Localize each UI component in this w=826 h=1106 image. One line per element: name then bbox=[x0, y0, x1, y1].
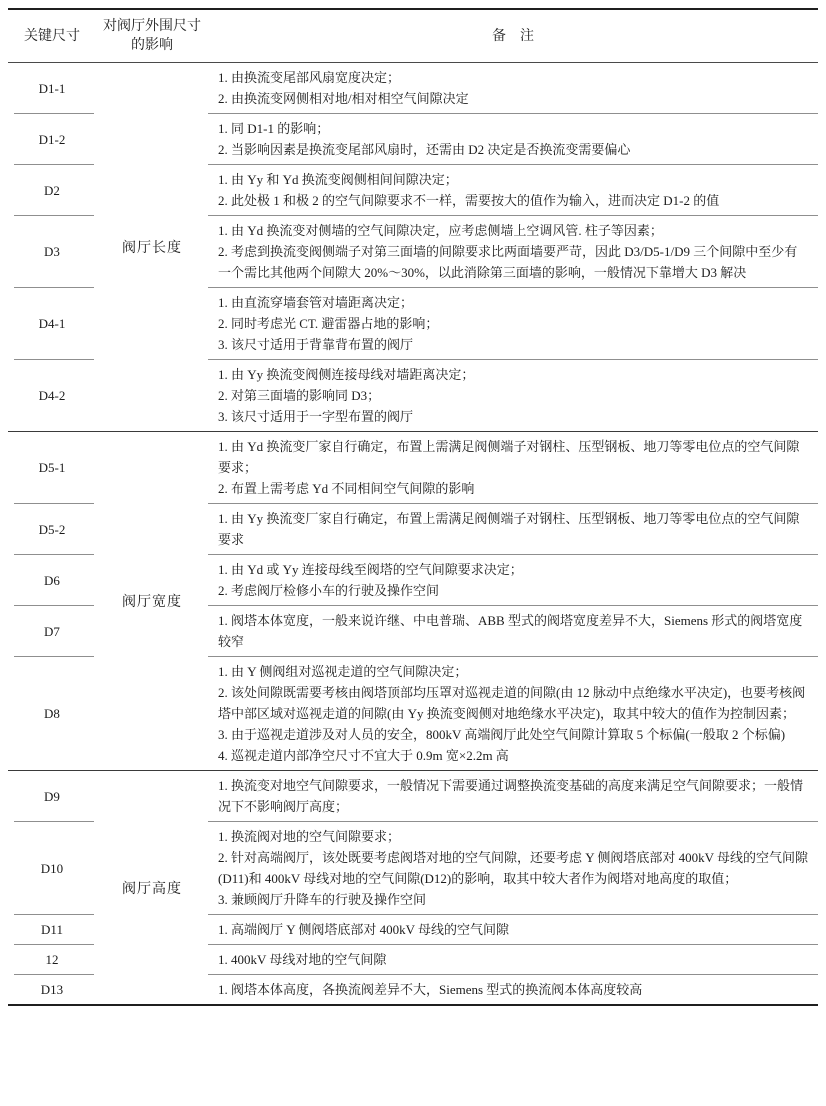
key-dimensions-table: 关键尺寸 对阀厅外围尺寸 的影响 备 注 阀厅长度 D1-1 1. 由换流变尾部… bbox=[8, 8, 818, 1006]
note-line: 1. 由 Yy 换流变厂家自行确定，布置上需满足阀侧端子对钢柱、压型钢板、地刀等… bbox=[218, 508, 810, 550]
note-line: 2. 当影响因素是换流变尾部风扇时，还需由 D2 决定是否换流变需要偏心 bbox=[218, 139, 810, 160]
notes-cell: 1. 换流阀对地的空气间隙要求； 2. 针对高端阀厅，该处既要考虑阀塔对地的空气… bbox=[208, 822, 818, 915]
note-line: 2. 针对高端阀厅，该处既要考虑阀塔对地的空气间隙，还要考虑 Y 侧阀塔底部对 … bbox=[218, 847, 810, 889]
key-cell: D7 bbox=[8, 606, 96, 657]
note-line: 1. 由 Yd 换流变厂家自行确定，布置上需满足阀侧端子对钢柱、压型钢板、地刀等… bbox=[218, 436, 810, 478]
note-line: 3. 由于巡视走道涉及对人员的安全，800kV 高端阀厅此处空气间隙计算取 5 … bbox=[218, 724, 810, 745]
header-impact: 对阀厅外围尺寸 的影响 bbox=[96, 17, 208, 55]
notes-cell: 1. 由直流穿墙套管对墙距离决定； 2. 同时考虑光 CT. 避雷器占地的影响；… bbox=[208, 288, 818, 360]
note-line: 1. 换流变对地空气间隙要求，一般情况下需要通过调整换流变基础的高度来满足空气间… bbox=[218, 775, 810, 817]
note-line: 3. 该尺寸适用于一字型布置的阀厅 bbox=[218, 406, 810, 427]
note-line: 1. 同 D1-1 的影响； bbox=[218, 118, 810, 139]
note-line: 1. 由换流变尾部风扇宽度决定； bbox=[218, 67, 810, 88]
group-hall-height: 阀厅高度 D9 1. 换流变对地空气间隙要求，一般情况下需要通过调整换流变基础的… bbox=[8, 771, 818, 1004]
key-cell: D1-1 bbox=[8, 63, 96, 114]
note-line: 2. 由换流变网侧相对地/相对相空气间隙决定 bbox=[218, 88, 810, 109]
key-cell: D1-2 bbox=[8, 114, 96, 165]
impact-label: 阀厅高度 bbox=[96, 771, 208, 1004]
note-line: 2. 布置上需考虑 Yd 不同相间空气间隙的影响 bbox=[218, 478, 810, 499]
note-line: 1. 由 Yd 换流变对侧墙的空气间隙决定，应考虑侧墙上空调风管. 柱子等因素； bbox=[218, 220, 810, 241]
notes-cell: 1. 同 D1-1 的影响； 2. 当影响因素是换流变尾部风扇时，还需由 D2 … bbox=[208, 114, 818, 165]
key-cell: D6 bbox=[8, 555, 96, 606]
note-line: 4. 巡视走道内部净空尺寸不宜大于 0.9m 宽×2.2m 高 bbox=[218, 745, 810, 766]
notes-cell: 1. 由 Y 侧阀组对巡视走道的空气间隙决定； 2. 该处间隙既需要考核由阀塔顶… bbox=[208, 657, 818, 770]
note-line: 2. 对第三面墙的影响同 D3； bbox=[218, 385, 810, 406]
impact-label: 阀厅长度 bbox=[96, 63, 208, 431]
note-line: 1. 由直流穿墙套管对墙距离决定； bbox=[218, 292, 810, 313]
key-cell: D4-1 bbox=[8, 288, 96, 360]
key-cell: D5-1 bbox=[8, 432, 96, 504]
notes-cell: 1. 由 Yy 和 Yd 换流变阀侧相间间隙决定； 2. 此处极 1 和极 2 … bbox=[208, 165, 818, 216]
note-line: 2. 考虑到换流变阀侧端子对第三面墙的间隙要求比两面墙要严苛，因此 D3/D5-… bbox=[218, 241, 810, 283]
header-key-dimension: 关键尺寸 bbox=[8, 27, 96, 46]
key-cell: D3 bbox=[8, 216, 96, 288]
notes-cell: 1. 由换流变尾部风扇宽度决定； 2. 由换流变网侧相对地/相对相空气间隙决定 bbox=[208, 63, 818, 114]
group-hall-width: 阀厅宽度 D5-1 1. 由 Yd 换流变厂家自行确定，布置上需满足阀侧端子对钢… bbox=[8, 432, 818, 771]
note-line: 3. 该尺寸适用于背靠背布置的阀厅 bbox=[218, 334, 810, 355]
note-line: 1. 由 Yy 换流变阀侧连接母线对墙距离决定； bbox=[218, 364, 810, 385]
key-cell: D9 bbox=[8, 771, 96, 822]
notes-cell: 1. 由 Yy 换流变厂家自行确定，布置上需满足阀侧端子对钢柱、压型钢板、地刀等… bbox=[208, 504, 818, 555]
header-impact-line2: 的影响 bbox=[96, 36, 208, 55]
key-cell: D8 bbox=[8, 657, 96, 770]
notes-cell: 1. 换流变对地空气间隙要求，一般情况下需要通过调整换流变基础的高度来满足空气间… bbox=[208, 771, 818, 822]
notes-cell: 1. 由 Yy 换流变阀侧连接母线对墙距离决定； 2. 对第三面墙的影响同 D3… bbox=[208, 360, 818, 431]
notes-cell: 1. 400kV 母线对地的空气间隙 bbox=[208, 945, 818, 975]
note-line: 2. 考虑阀厅检修小车的行驶及操作空间 bbox=[218, 580, 810, 601]
note-line: 2. 该处间隙既需要考核由阀塔顶部均压罩对巡视走道的间隙(由 12 脉动中点绝缘… bbox=[218, 682, 810, 724]
note-line: 1. 400kV 母线对地的空气间隙 bbox=[218, 949, 810, 970]
key-cell: D4-2 bbox=[8, 360, 96, 431]
notes-cell: 1. 阀塔本体高度，各换流阀差异不大，Siemens 型式的换流阀本体高度较高 bbox=[208, 975, 818, 1004]
notes-cell: 1. 由 Yd 换流变对侧墙的空气间隙决定，应考虑侧墙上空调风管. 柱子等因素；… bbox=[208, 216, 818, 288]
notes-cell: 1. 由 Yd 或 Yy 连接母线至阀塔的空气间隙要求决定； 2. 考虑阀厅检修… bbox=[208, 555, 818, 606]
key-cell: 12 bbox=[8, 945, 96, 975]
key-cell: D2 bbox=[8, 165, 96, 216]
note-line: 1. 阀塔本体宽度，一般来说许继、中电普瑞、ABB 型式的阀塔宽度差异不大，Si… bbox=[218, 610, 810, 652]
note-line: 1. 换流阀对地的空气间隙要求； bbox=[218, 826, 810, 847]
key-cell: D10 bbox=[8, 822, 96, 915]
impact-label: 阀厅宽度 bbox=[96, 432, 208, 770]
note-line: 1. 由 Yy 和 Yd 换流变阀侧相间间隙决定； bbox=[218, 169, 810, 190]
note-line: 2. 此处极 1 和极 2 的空气间隙要求不一样，需要按大的值作为输入，进而决定… bbox=[218, 190, 810, 211]
note-line: 1. 由 Y 侧阀组对巡视走道的空气间隙决定； bbox=[218, 661, 810, 682]
key-cell: D5-2 bbox=[8, 504, 96, 555]
key-cell: D13 bbox=[8, 975, 96, 1004]
note-line: 3. 兼顾阀厅升降车的行驶及操作空间 bbox=[218, 889, 810, 910]
header-impact-line1: 对阀厅外围尺寸 bbox=[96, 17, 208, 36]
note-line: 1. 阀塔本体高度，各换流阀差异不大，Siemens 型式的换流阀本体高度较高 bbox=[218, 979, 810, 1000]
table-header-row: 关键尺寸 对阀厅外围尺寸 的影响 备 注 bbox=[8, 10, 818, 63]
note-line: 1. 高端阀厅 Y 侧阀塔底部对 400kV 母线的空气间隙 bbox=[218, 919, 810, 940]
group-hall-length: 阀厅长度 D1-1 1. 由换流变尾部风扇宽度决定； 2. 由换流变网侧相对地/… bbox=[8, 63, 818, 432]
note-line: 1. 由 Yd 或 Yy 连接母线至阀塔的空气间隙要求决定； bbox=[218, 559, 810, 580]
notes-cell: 1. 阀塔本体宽度，一般来说许继、中电普瑞、ABB 型式的阀塔宽度差异不大，Si… bbox=[208, 606, 818, 657]
notes-cell: 1. 高端阀厅 Y 侧阀塔底部对 400kV 母线的空气间隙 bbox=[208, 915, 818, 945]
notes-cell: 1. 由 Yd 换流变厂家自行确定，布置上需满足阀侧端子对钢柱、压型钢板、地刀等… bbox=[208, 432, 818, 504]
header-notes: 备 注 bbox=[208, 27, 818, 46]
note-line: 2. 同时考虑光 CT. 避雷器占地的影响； bbox=[218, 313, 810, 334]
key-cell: D11 bbox=[8, 915, 96, 945]
